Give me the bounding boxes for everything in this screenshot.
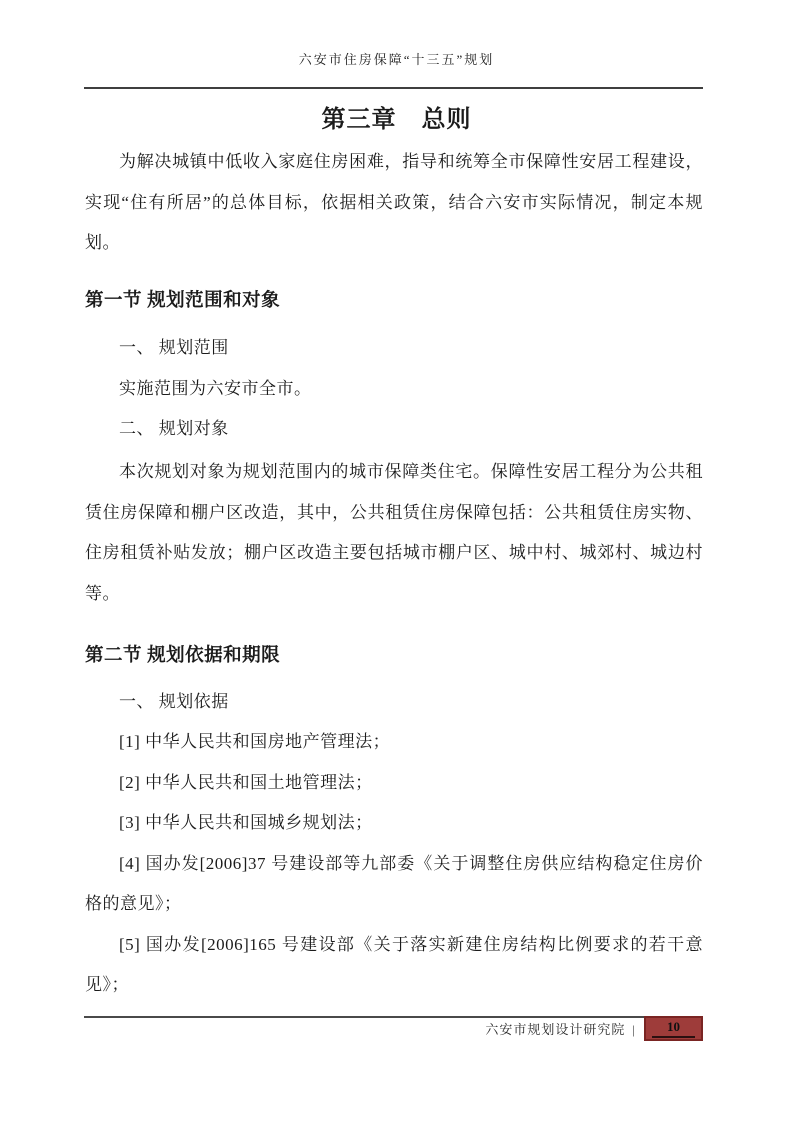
reference-list: [1] 中华人民共和国房地产管理法； [2] 中华人民共和国土地管理法； [3]…	[85, 722, 703, 1006]
page-number-box: 10	[644, 1016, 703, 1041]
reference-item: [1] 中华人民共和国房地产管理法；	[85, 722, 703, 763]
footer-org-name: 六安市规划设计研究院	[485, 1022, 625, 1037]
section-1-subheading-objects: 二、 规划对象	[85, 409, 703, 450]
page-header-title: 六安市住房保障“十三五”规划	[0, 48, 793, 72]
reference-item: [4] 国办发[2006]37 号建设部等九部委《关于调整住房供应结构稳定住房价…	[85, 844, 703, 925]
footer-divider	[84, 1016, 644, 1018]
section-1-heading: 第一节 规划范围和对象	[85, 287, 703, 315]
reference-item: [3] 中华人民共和国城乡规划法；	[85, 803, 703, 844]
objects-paragraph: 本次规划对象为规划范围内的城市保障类住宅。保障性安居工程分为公共租赁住房保障和棚…	[85, 452, 703, 614]
reference-item: [2] 中华人民共和国土地管理法；	[85, 763, 703, 804]
document-page: 六安市住房保障“十三五”规划 第三章 总则 为解决城镇中低收入家庭住房困难，指导…	[0, 0, 793, 1122]
section-2-subheading-basis: 一、 规划依据	[85, 682, 703, 723]
reference-item: [5] 国办发[2006]165 号建设部《关于落实新建住房结构比例要求的若干意…	[85, 925, 703, 1006]
header-divider	[84, 87, 703, 89]
section-2-heading: 第二节 规划依据和期限	[85, 642, 703, 670]
intro-paragraph: 为解决城镇中低收入家庭住房困难，指导和统筹全市保障性安居工程建设，实现“住有所居…	[85, 142, 703, 264]
section-1-subheading-scope: 一、 规划范围	[85, 328, 703, 369]
footer-separator: |	[632, 1020, 636, 1040]
chapter-title: 第三章 总则	[0, 101, 793, 139]
page-number: 10	[652, 1019, 695, 1038]
scope-paragraph: 实施范围为六安市全市。	[85, 369, 703, 410]
footer: 六安市规划设计研究院|	[84, 1020, 636, 1040]
